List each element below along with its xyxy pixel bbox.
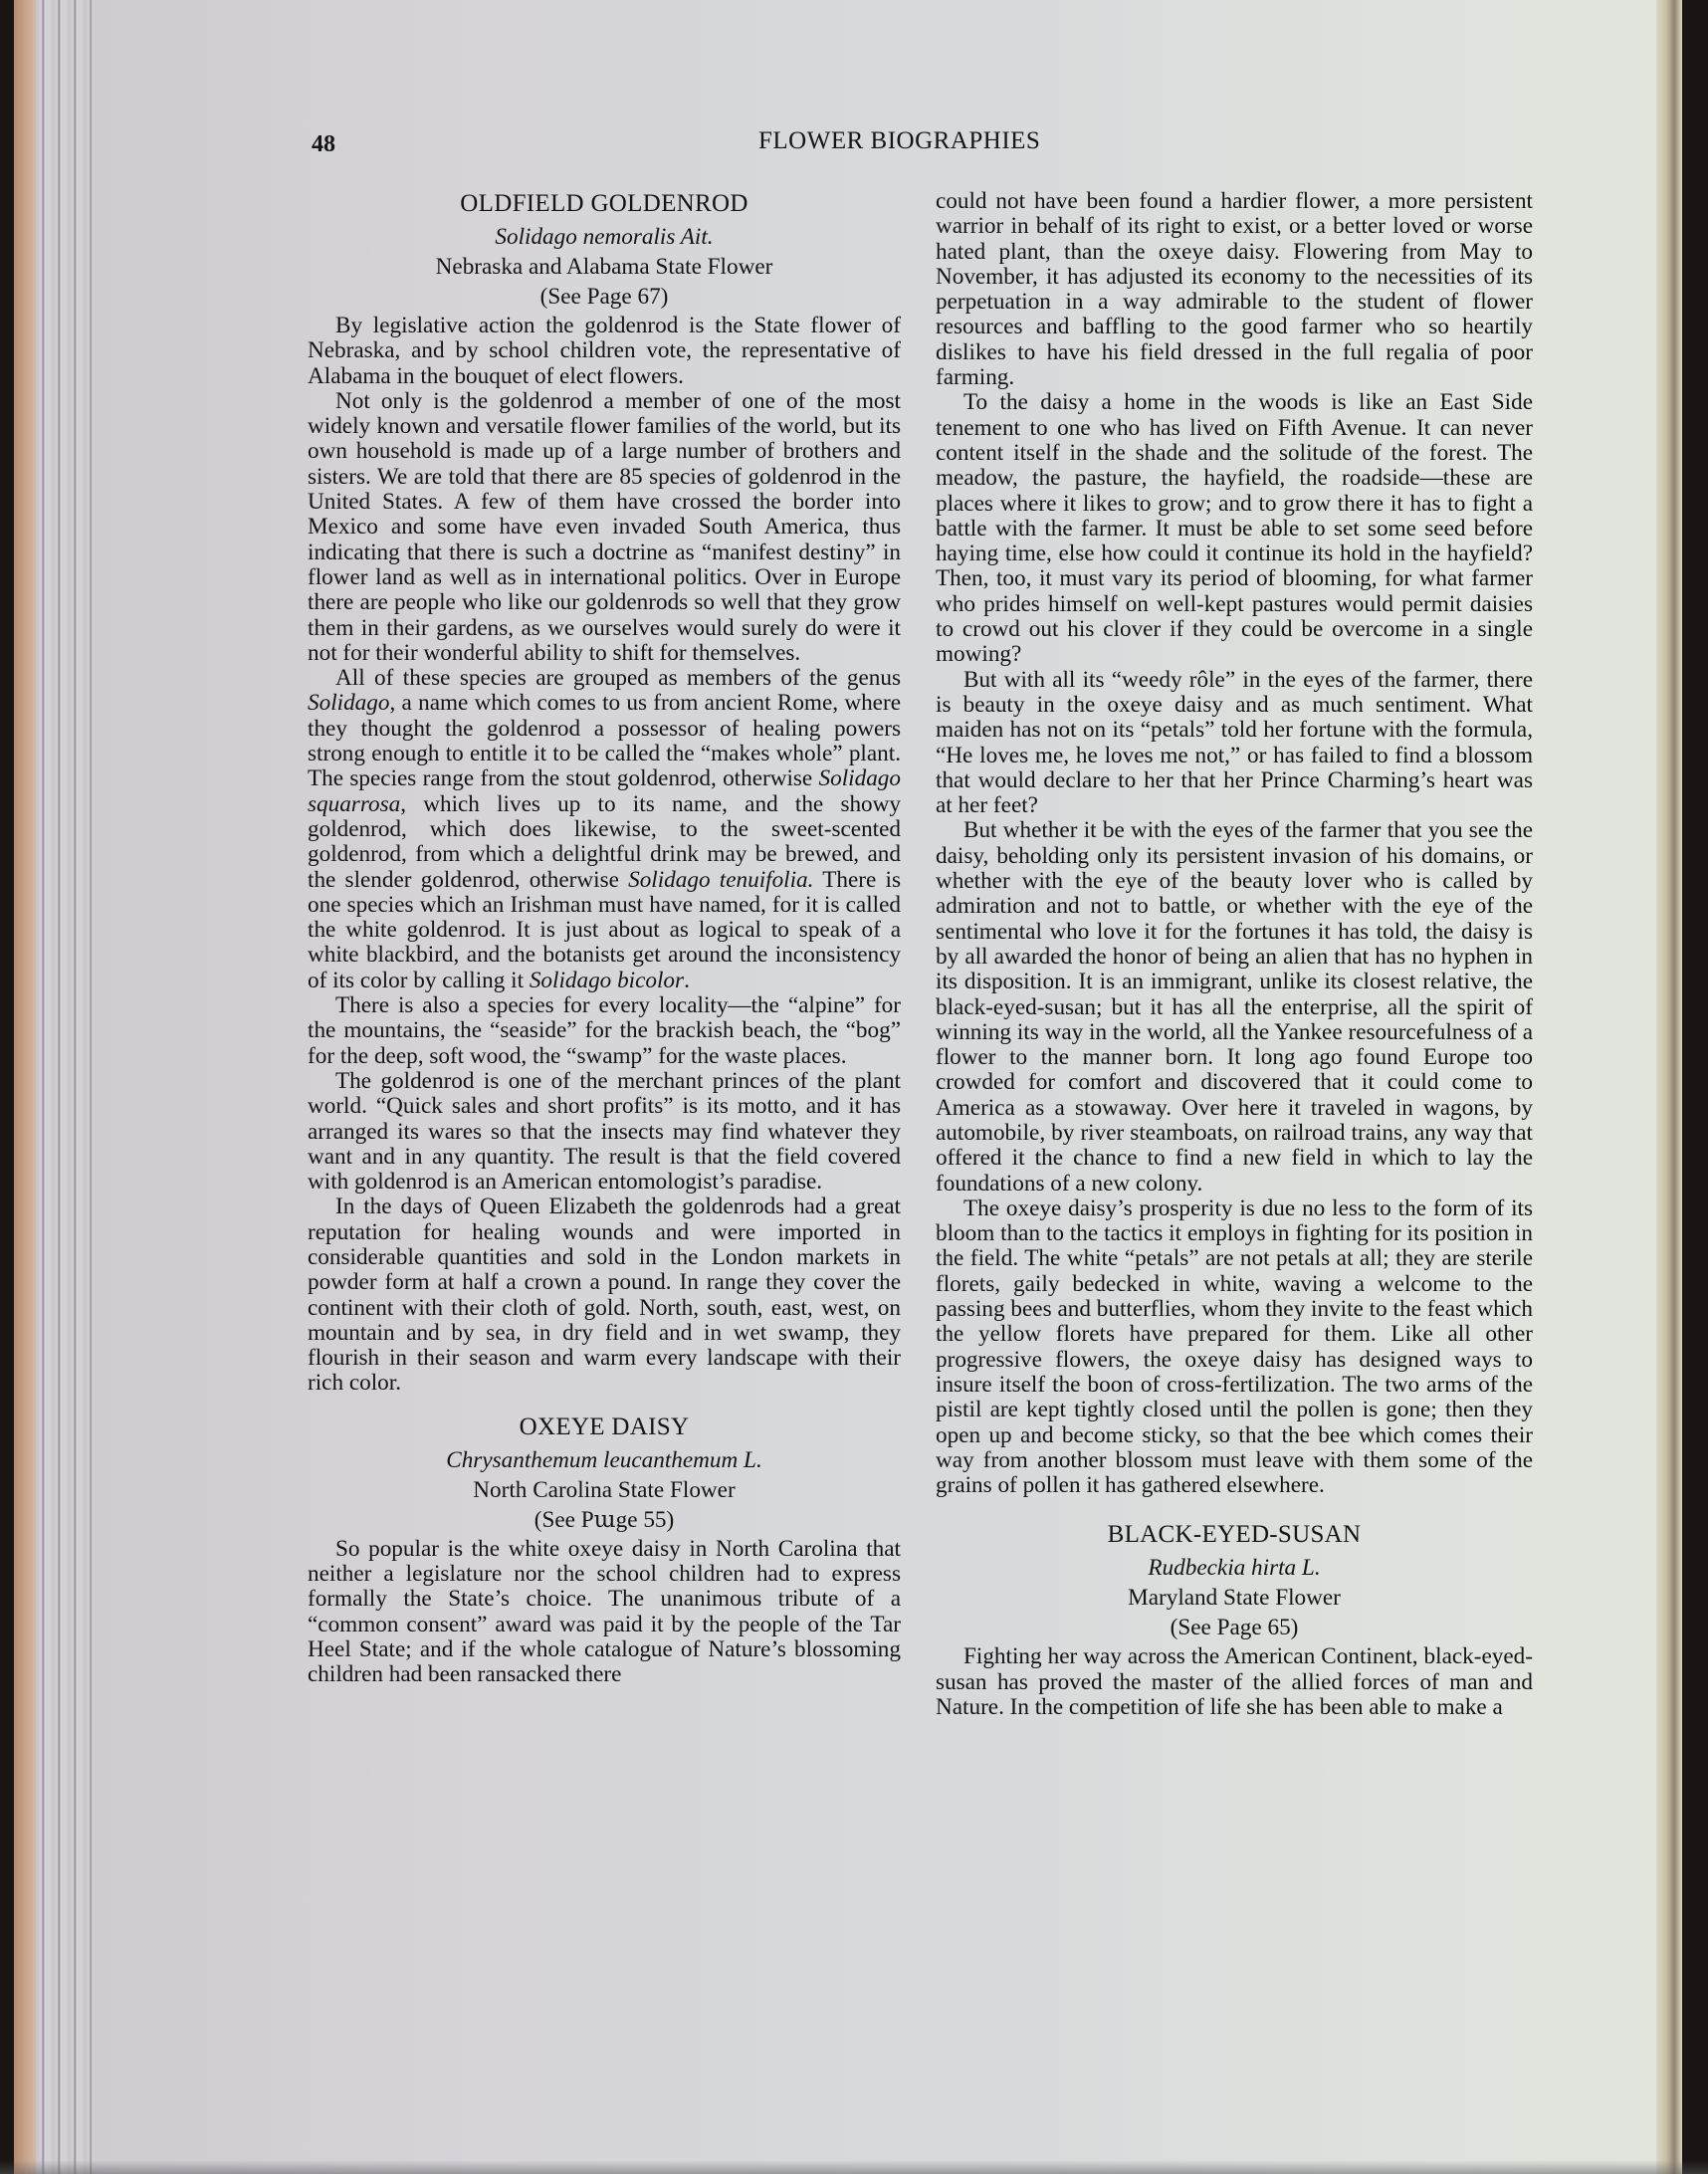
- paragraph: The goldenrod is one of the merchant pri…: [308, 1069, 901, 1195]
- section-oldfield-goldenrod: OLDFIELD GOLDENROD Solidago nemoralis Ai…: [308, 189, 901, 1397]
- section-title: OLDFIELD GOLDENROD: [308, 189, 901, 219]
- see-page-reference: (See Pաge 55): [308, 1505, 901, 1535]
- paragraph: But with all its “weedy rôle” in the eye…: [936, 668, 1533, 819]
- right-column: could not have been found a hardier flow…: [936, 189, 1533, 1720]
- page-right-edge: [1656, 0, 1682, 2174]
- italic-species: Solidago bicolor: [530, 968, 684, 993]
- paragraph: Not only is the goldenrod a member of on…: [308, 389, 901, 666]
- page-number: 48: [312, 131, 335, 158]
- page-stack-edges: [36, 0, 96, 2174]
- section-title: BLACK-EYED-SUSAN: [936, 1520, 1533, 1550]
- scientific-name: Rudbeckia hirta L.: [936, 1553, 1533, 1583]
- text-run: All of these species are grouped as memb…: [335, 665, 901, 691]
- paragraph: In the days of Queen Elizabeth the golde…: [308, 1195, 901, 1396]
- left-column: OLDFIELD GOLDENROD Solidago nemoralis Ai…: [308, 189, 901, 1688]
- paragraph: By legislative action the goldenrod is t…: [308, 314, 901, 389]
- state-flower-label: North Carolina State Flower: [308, 1475, 901, 1505]
- see-page-reference: (See Page 65): [936, 1613, 1533, 1642]
- book-title: FLOWER BIOGRAPHIES: [758, 127, 1040, 155]
- section-black-eyed-susan: BLACK-EYED-SUSAN Rudbeckia hirta L. Mary…: [936, 1520, 1533, 1720]
- paragraph: Fighting her way across the American Con…: [936, 1644, 1533, 1720]
- page-bottom-shadow: [0, 2160, 1708, 2174]
- paragraph: There is also a species for every locali…: [308, 993, 901, 1069]
- section-spacer: [936, 1498, 1533, 1520]
- paragraph: All of these species are grouped as memb…: [308, 666, 901, 993]
- paragraph: So popular is the white oxeye daisy in N…: [308, 1537, 901, 1688]
- state-flower-label: Nebraska and Alabama State Flower: [308, 252, 901, 282]
- section-oxeye-daisy: OXEYE DAISY Chrysanthemum leucanthemum L…: [308, 1413, 901, 1688]
- italic-genus: Solidago: [308, 690, 389, 716]
- section-title: OXEYE DAISY: [308, 1413, 901, 1442]
- text-run: , a name which comes to us from ancient …: [308, 690, 901, 791]
- text-run: .: [684, 968, 690, 993]
- paragraph-continued: could not have been found a hardier flow…: [936, 189, 1533, 390]
- scientific-name: Chrysanthemum leucanthemum L.: [308, 1445, 901, 1475]
- paragraph: The oxeye daisy’s prosperity is due no l…: [936, 1196, 1533, 1499]
- section-spacer: [308, 1397, 901, 1413]
- running-header: 48 FLOWER BIOGRAPHIES: [0, 127, 1708, 157]
- scientific-name: Solidago nemoralis Ait.: [308, 222, 901, 252]
- paragraph: To the daisy a home in the woods is like…: [936, 390, 1533, 667]
- state-flower-label: Maryland State Flower: [936, 1583, 1533, 1613]
- italic-species: Solidago tenuifolia.: [628, 867, 813, 893]
- paragraph: But whether it be with the eyes of the f…: [936, 818, 1533, 1196]
- see-page-reference: (See Page 67): [308, 282, 901, 312]
